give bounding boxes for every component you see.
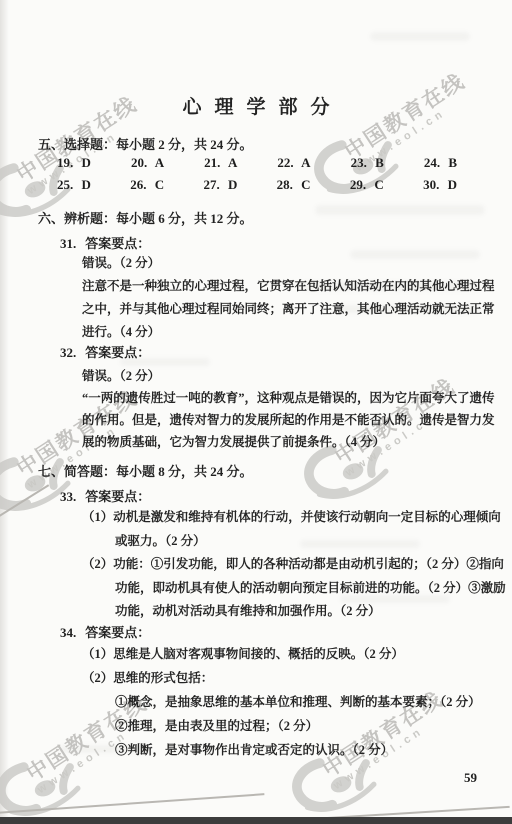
body-line: 之中，并与其他心理过程同始同终；离开了注意，其他心理活动就无法正常	[82, 299, 495, 322]
answer-cell: 24. B	[424, 155, 457, 177]
body-line: 功能，即动机具有使人的活动朝向预定目标前进的功能。（2 分）③激励	[115, 577, 506, 601]
scanned-answer-key-page: 中国教育在线 www.eol.cn 中国教育在线 www.eol.cn 中国教育…	[0, 0, 512, 824]
item-33-body: （1）动机是激发和维持有机体的行动，并使该行动朝向一定目标的心理倾向 或驱力。（…	[82, 506, 506, 624]
page-number: 59	[464, 770, 477, 786]
item-32-header: 32.答案要点：	[60, 342, 150, 361]
answer-cell: 22. A	[277, 155, 310, 177]
document-content: 心理学部分 五、选择题：每小题 2 分，共 24 分。 19. D 20. A …	[0, 0, 512, 824]
item-32-body: 错误。（2 分） “一两的遗传胜过一吨的教育”，这种观点是错误的，因为它片面夸大…	[82, 365, 495, 453]
item-number: 33.	[60, 489, 76, 504]
answer-cell: 30. D	[423, 177, 457, 199]
item-34-body: （1）思维是人脑对客观事物间接的、概括的反映。（2 分） （2）思维的形式包括：…	[82, 642, 481, 762]
item-label: 答案要点：	[85, 625, 150, 640]
answer-cell: 28. C	[277, 177, 311, 199]
item-number: 32.	[60, 345, 76, 360]
item-label: 答案要点：	[85, 345, 150, 360]
answer-cell: 20. A	[131, 155, 164, 177]
item-label: 答案要点：	[85, 489, 150, 504]
answer-cell: 23. B	[351, 155, 384, 177]
body-line: 错误。（2 分）	[82, 253, 495, 276]
body-line: ①概念，是抽象思维的基本单位和推理、判断的基本要素；（2 分）	[115, 690, 481, 714]
body-line: 注意不是一种独立的心理过程，它贯穿在包括认知活动在内的其他心理过程	[82, 276, 495, 299]
item-number: 34.	[60, 625, 76, 640]
answer-cell: 25. D	[57, 177, 91, 199]
answer-cell: 21. A	[204, 155, 237, 177]
body-line: 的作用。但是，遗传对智力的发展所起的作用是不能否认的。遗传是智力发	[82, 409, 495, 431]
body-line: “一两的遗传胜过一吨的教育”，这种观点是错误的，因为它片面夸大了遗传	[82, 387, 495, 409]
body-line: ③判断，是对事物作出肯定或否定的认识。（2 分）	[115, 738, 481, 762]
body-line: （1）动机是激发和维持有机体的行动，并使该行动朝向一定目标的心理倾向	[82, 506, 506, 530]
answer-grid: 19. D 20. A 21. A 22. A 23. B 24. B 25. …	[57, 155, 457, 198]
item-31-body: 错误。（2 分） 注意不是一种独立的心理过程，它贯穿在包括认知活动在内的其他心理…	[82, 253, 495, 345]
answer-cell: 27. D	[203, 177, 237, 199]
answer-cell: 26. C	[130, 177, 164, 199]
answer-row: 19. D 20. A 21. A 22. A 23. B 24. B	[57, 155, 457, 177]
answer-row: 25. D 26. C 27. D 28. C 29. C 30. D	[57, 177, 457, 199]
section-heading-analysis: 六、辨析题：每小题 6 分，共 12 分。	[38, 208, 253, 227]
page-title: 心理学部分	[0, 92, 512, 119]
body-line: ②推理，是由表及里的过程；（2 分）	[115, 714, 481, 738]
answer-cell: 19. D	[57, 155, 91, 177]
body-line: 或驱力。（2 分）	[115, 530, 506, 554]
section-heading-short-answer: 七、简答题：每小题 8 分，共 24 分。	[38, 461, 253, 480]
section-heading-multiple-choice: 五、选择题：每小题 2 分，共 24 分。	[38, 134, 253, 153]
item-number: 31.	[60, 236, 76, 251]
body-line: （2）功能：①引发功能，即人的各种活动都是由动机引起的；（2 分）②指向	[82, 553, 506, 577]
body-line: 展的物质基础，它为智力发展提供了前提条件。（4 分）	[82, 431, 495, 453]
body-line: （1）思维是人脑对客观事物间接的、概括的反映。（2 分）	[82, 642, 481, 666]
answer-cell: 29. C	[350, 177, 384, 199]
body-line: （2）思维的形式包括：	[82, 666, 481, 690]
body-line: 错误。（2 分）	[82, 365, 495, 387]
body-line: 功能，动机对活动具有维持和加强作用。（2 分）	[115, 600, 506, 624]
item-33-header: 33.答案要点：	[60, 486, 150, 505]
item-31-header: 31.答案要点：	[60, 233, 150, 252]
item-34-header: 34.答案要点：	[60, 622, 150, 641]
item-label: 答案要点：	[85, 236, 150, 251]
